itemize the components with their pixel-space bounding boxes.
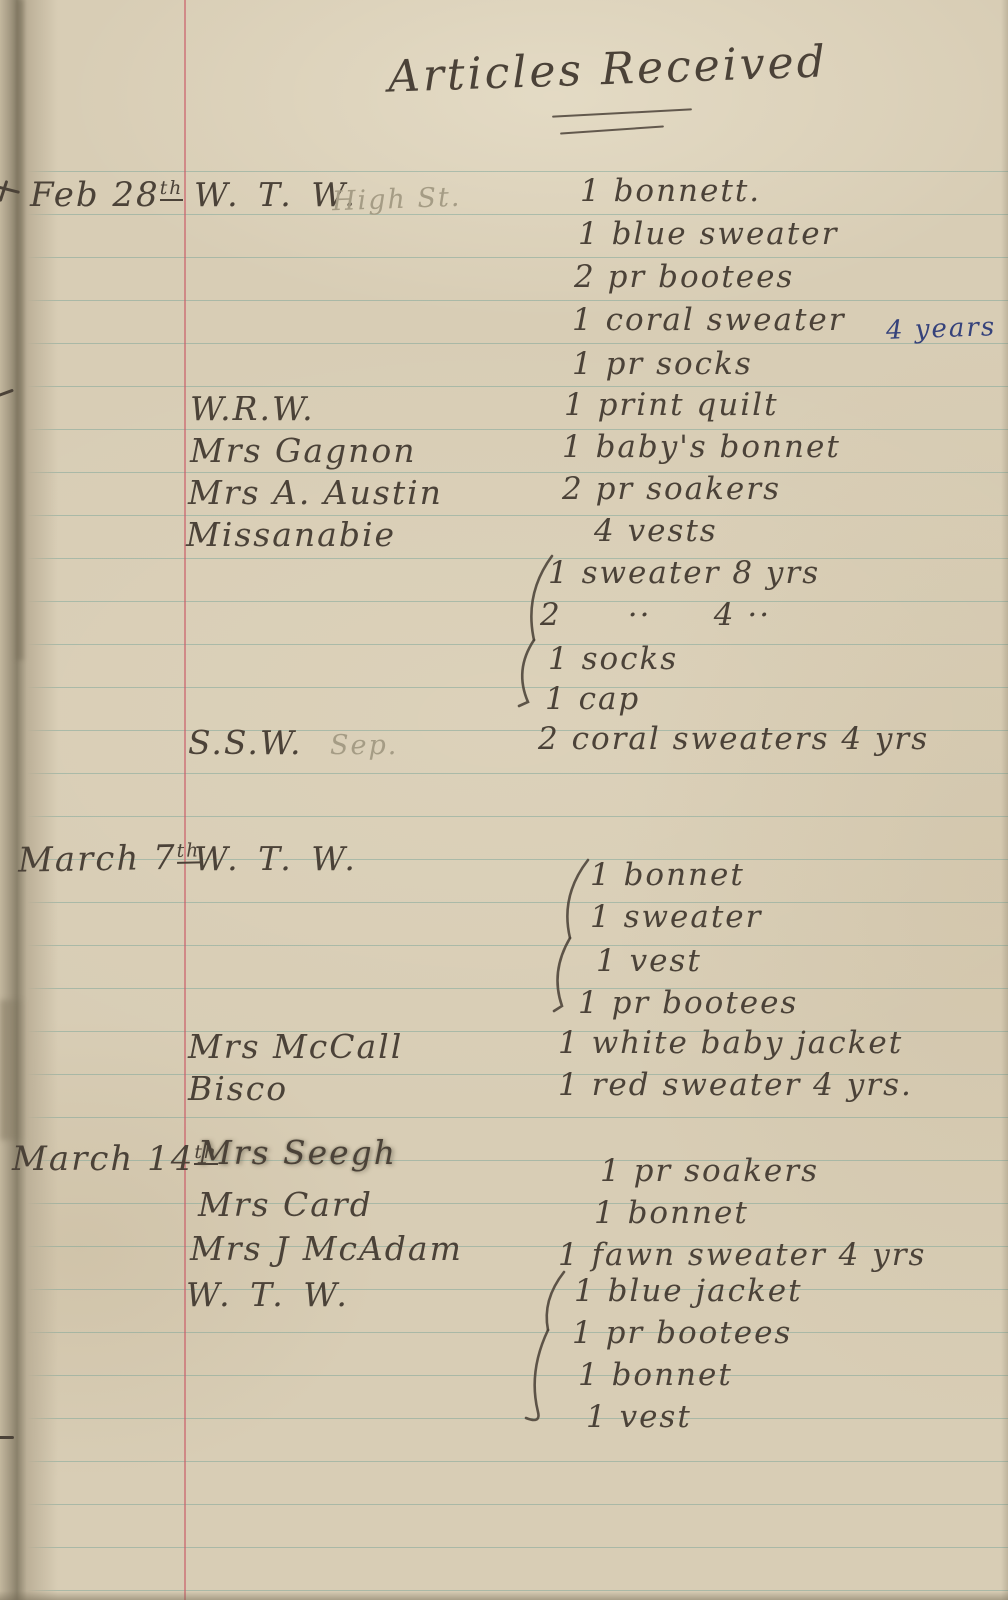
page-right-edge [1001,0,1008,1600]
item-line: 1 blue sweater [578,219,838,250]
donor-name: Mrs Seegh [198,1136,397,1169]
entry-date-text: March 14 [12,1139,194,1179]
item-line: 1 red sweater 4 yrs. [558,1070,913,1101]
item-line: 1 baby's bonnet [562,432,841,463]
item-line: 2 ·· 4 ·· [540,600,771,631]
entry-date: March 7th [18,840,201,877]
item-line: 1 vest [596,946,702,977]
page-bottom-edge [0,1591,1008,1600]
donor-name: Missanabie [186,518,396,551]
item-line: 1 bonnett. [580,176,761,207]
red-margin-line [184,0,186,1600]
item-line: 1 sweater [590,902,762,933]
item-line: 1 coral sweater [572,305,846,336]
pencil-note: High St. [332,184,462,215]
edge-mark [0,1436,14,1439]
donor-name: Mrs McCall [188,1030,403,1063]
donor-name: W. T. W. [194,842,360,875]
fold-shadow [0,1000,26,1140]
item-line: 1 pr socks [572,349,753,380]
donor-name: Bisco [188,1072,288,1105]
donor-name: W. T. W. [186,1278,352,1311]
item-line: 1 pr bootees [572,1318,792,1349]
entry-date-text: Feb 28 [30,175,160,215]
item-line: 1 socks [548,644,678,675]
item-line: 2 coral sweaters 4 yrs [538,724,929,755]
grouping-brace [528,1268,574,1436]
item-line: 1 white baby jacket [558,1028,903,1059]
item-line: 4 vests [594,516,718,547]
title-underline-2 [560,125,664,134]
donor-name: S.S.W. [188,726,302,759]
age-note-blue-ink: 4 years [886,314,997,344]
donor-name: Mrs A. Austin [188,476,443,509]
binding-edge [0,0,60,1600]
donor-name: Mrs Card [198,1188,373,1221]
item-line: 2 pr soakers [562,474,781,505]
item-line: 1 blue jacket [574,1276,803,1307]
item-line: 1 bonnet [578,1360,733,1391]
title-underline [552,108,692,117]
item-line: 1 pr soakers [600,1156,819,1187]
entry-date: Feb 28th [30,178,183,212]
ruled-lines [0,171,1008,1600]
page-title: Articles Received [387,40,828,99]
item-line: 1 cap [545,684,640,715]
item-line: 1 pr bootees [578,988,798,1019]
item-line: 1 vest [586,1402,692,1433]
item-line: 2 pr bootees [574,262,794,293]
item-line: 1 print quilt [564,390,779,421]
entry-date: March 14th [12,1142,218,1176]
pencil-note: Sep. [330,732,398,759]
item-line: 1 bonnet [590,860,745,891]
ledger-page: Articles Received Feb 28th W. T. W. High… [0,0,1008,1600]
entry-date-text: March 7 [18,838,177,881]
donor-name: Mrs J McAdam [190,1232,463,1265]
item-line: 1 bonnet [594,1198,749,1229]
donor-name: Mrs Gagnon [190,434,417,467]
entry-date-suffix: th [160,178,184,201]
donor-name: W.R.W. [190,392,315,425]
item-line: 1 sweater 8 yrs [548,558,820,589]
item-line: 1 fawn sweater 4 yrs [558,1240,926,1271]
page-crease [14,0,26,660]
